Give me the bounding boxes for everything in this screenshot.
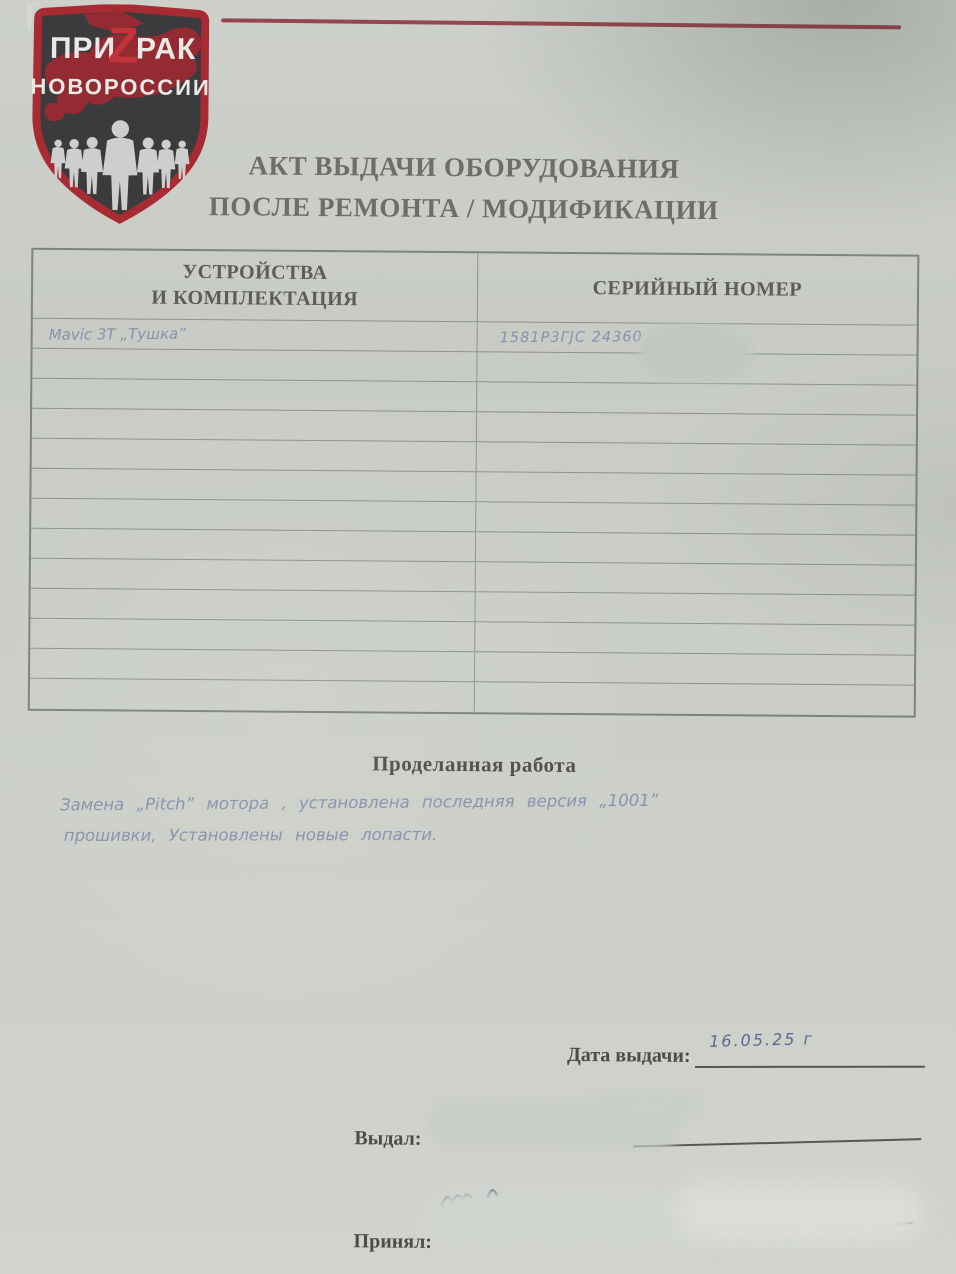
table-header-serial: СЕРИЙНЫЙ НОМЕР xyxy=(477,253,917,324)
serial-cell xyxy=(474,682,914,715)
logo-text-rak: РАК xyxy=(136,33,197,66)
serial-cell xyxy=(476,442,916,474)
document-title-line2: ПОСЛЕ РЕМОНТА / МОДИФИКАЦИИ xyxy=(154,186,774,232)
serial-cell xyxy=(477,382,917,414)
received-by-label: Принял: xyxy=(353,1230,432,1254)
serial-cell xyxy=(476,472,916,504)
document-photo: ПРИ Z РАК НОВОРОССИИ АКТ ВЫДАЧИ ОБОРУДОВ… xyxy=(0,0,956,1274)
equipment-table: УСТРОЙСТВА И КОМПЛЕКТАЦИЯ СЕРИЙНЫЙ НОМЕР… xyxy=(28,248,920,718)
received-by-redaction-blur-2 xyxy=(676,1183,924,1243)
serial-cell xyxy=(475,562,915,594)
table-header-row: УСТРОЙСТВА И КОМПЛЕКТАЦИЯ СЕРИЙНЫЙ НОМЕР xyxy=(33,250,918,326)
table-body: Mavic 3T „Тушка” 1581Р3ГJC 24360 xyxy=(30,319,917,716)
work-done-handwriting-line1: Замена „Pitch” мотора , установлена посл… xyxy=(60,789,880,814)
serial-cell xyxy=(475,622,915,654)
device-handwritten-value: Mavic 3T „Тушка” xyxy=(33,324,186,343)
device-cell xyxy=(30,679,475,712)
serial-cell xyxy=(475,652,915,684)
device-cell xyxy=(32,349,477,381)
device-cell xyxy=(31,499,476,531)
serial-cell xyxy=(477,412,917,444)
device-cell xyxy=(31,469,476,501)
issue-date-handwritten-value: 16.05.25 г xyxy=(709,1029,814,1051)
device-cell xyxy=(30,589,475,621)
logo-text-z: Z xyxy=(108,17,139,73)
issued-by-label: Выдал: xyxy=(354,1127,421,1151)
device-cell xyxy=(32,379,477,411)
issued-by-signature-line xyxy=(633,1138,921,1147)
serial-cell xyxy=(476,532,916,564)
issue-date-label: Дата выдачи: xyxy=(567,1044,691,1068)
logo-text-novorossii: НОВОРОССИИ xyxy=(30,74,211,100)
logo-text-pri: ПРИ xyxy=(50,32,116,66)
work-done-heading: Проделанная работа xyxy=(274,751,674,779)
serial-cell xyxy=(476,502,916,534)
header-rule xyxy=(221,18,901,29)
serial-cell xyxy=(475,592,915,624)
device-cell xyxy=(30,619,475,651)
device-cell xyxy=(30,649,475,681)
issued-by-redaction-blur-2 xyxy=(592,1090,704,1121)
table-row xyxy=(30,679,914,716)
serial-handwritten-value: 1581Р3ГJC 24360 xyxy=(477,329,642,346)
table-header-devices: УСТРОЙСТВА И КОМПЛЕКТАЦИЯ xyxy=(33,250,478,321)
document-title-line1: АКТ ВЫДАЧИ ОБОРУДОВАНИЯ xyxy=(154,145,774,191)
document-title: АКТ ВЫДАЧИ ОБОРУДОВАНИЯ ПОСЛЕ РЕМОНТА / … xyxy=(154,145,775,232)
device-cell xyxy=(31,559,476,591)
device-cell xyxy=(32,439,477,471)
work-done-handwriting-line2: прошивки, Установлены новые лопасти. xyxy=(64,825,438,845)
issue-date-line xyxy=(695,1066,925,1068)
device-cell xyxy=(32,409,477,441)
document-content: ПРИ Z РАК НОВОРОССИИ АКТ ВЫДАЧИ ОБОРУДОВ… xyxy=(0,0,956,1274)
device-cell: Mavic 3T „Тушка” xyxy=(33,319,478,351)
device-cell xyxy=(31,529,476,561)
